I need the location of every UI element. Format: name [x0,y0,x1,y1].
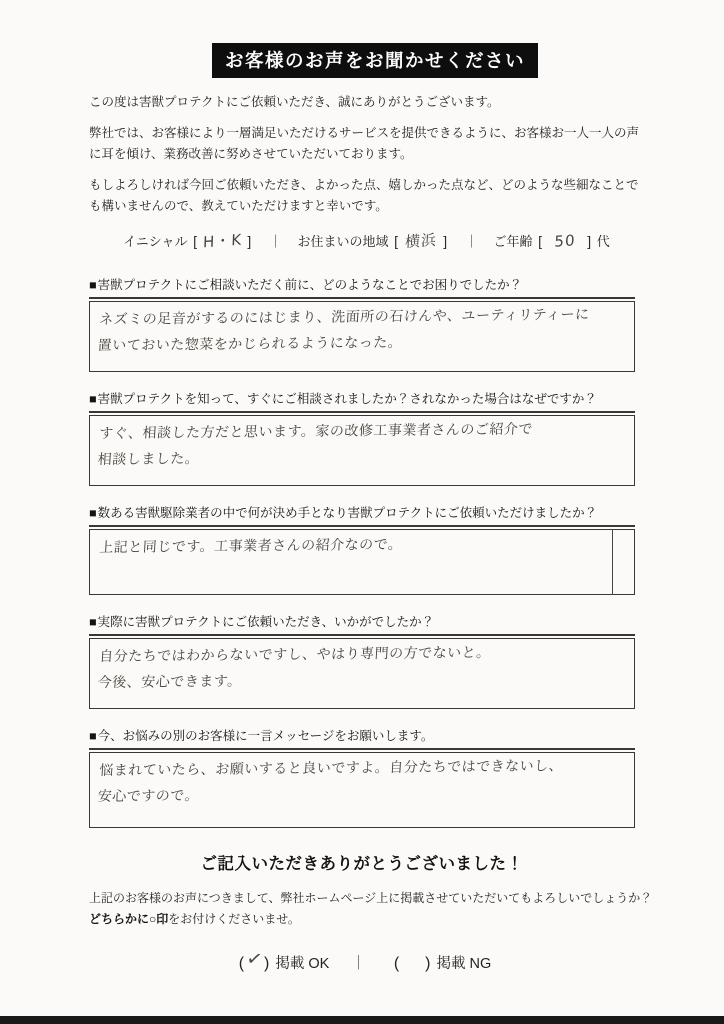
divider: ｜ [453,234,490,249]
publish-ng-option: 掲載 NG [436,956,491,972]
question-text: 実際に害獣プロテクトにご依頼いただき、いかがでしたか？ [98,615,435,629]
answer-box: 自分たちではわからないですし、やはり専門の方でないと。 今後、安心できます。 [89,638,635,709]
publish-ok-option: 掲載 OK [275,956,329,972]
answer-box: 上記と同じです。工事業者さんの紹介なので。 [89,529,635,595]
answer-box: 悩まれていたら、お願いすると良いですよ。自分たちではできないし、 安心ですので。 [89,752,635,828]
instruction-rest: をお付けくださいませ。 [168,912,300,926]
bracket: ] [245,233,253,249]
question-section-2: ■害獣プロテクトを知って、すぐにご相談されましたか？されなかった場合はなぜですか… [89,389,635,486]
question-text: 数ある害獣駆除業者の中で何が決め手となり害獣プロテクトにご依頼いただけましたか？ [98,506,598,520]
scanned-survey-sheet: お客様のお声をお聞かせください この度は害獣プロテクトにご依頼いただき、誠にあり… [0,0,724,1024]
bracket: [ [191,233,199,249]
thanks-heading: ご記入いただきありがとうございました！ [0,850,724,874]
intro-paragraph: もしよろしければ今回ご依頼いただき、よかった点、嬉しかった点など、どのような些細… [89,175,644,218]
paren: ( [388,955,405,972]
page-title: お客様のお声をお聞かせください [212,43,538,78]
handwritten-answer: 上記と同じです。工事業者さんの紹介なので。 [98,530,624,561]
intro-text: この度は害獣プロテクトにご依頼いただき、誠にありがとうございます。 弊社では、お… [89,92,644,218]
age-value-handwritten: 50 [547,230,582,250]
permission-instruction: どちらかに○印をお付けくださいませ。 [89,909,644,931]
paren: ) [419,955,436,972]
question-section-1: ■害獣プロテクトにご相談いただく前に、どのようなことでお困りでしたか？ ネズミの… [89,275,635,372]
answer-box: ネズミの足音がするのにはじまり、洗面所の石けんや、ユーティリティーに 置いておい… [89,301,635,372]
handwritten-answer: 悩まれていたら、お願いすると良いですよ。自分たちではできないし、 安心ですので。 [97,753,624,810]
square-bullet-icon: ■ [89,392,97,406]
instruction-bold: どちらかに○印 [89,912,168,926]
question-label: ■害獣プロテクトを知って、すぐにご相談されましたか？されなかった場合はなぜですか… [89,389,635,413]
question-label: ■実際に害獣プロテクトにご依頼いただき、いかがでしたか？ [89,612,635,636]
age-suffix: 代 [597,234,610,249]
respondent-info-line: イニシャル [ H・K ] ｜ お住まいの地域 [ 横浜 ] ｜ ご年齢 [ 5… [89,230,644,251]
bracket: ] [585,233,593,249]
publish-consent-line: (✓)掲載 OK｜()掲載 NG [0,951,724,973]
question-text: 害獣プロテクトを知って、すぐにご相談されましたか？されなかった場合はなぜですか？ [98,392,597,406]
handwritten-answer: 自分たちではわからないですし、やはり専門の方でないと。 今後、安心できます。 [97,639,624,696]
scan-edge-artifact [0,1016,724,1024]
question-label: ■数ある害獣駆除業者の中で何が決め手となり害獣プロテクトにご依頼いただけましたか… [89,503,635,527]
region-value-handwritten: 横浜 [403,228,438,251]
question-text: 今、お悩みの別のお客様に一言メッセージをお願いします。 [98,729,434,743]
intro-paragraph: この度は害獣プロテクトにご依頼いただき、誠にありがとうございます。 [89,92,644,114]
question-section-3: ■数ある害獣駆除業者の中で何が決め手となり害獣プロテクトにご依頼いただけましたか… [89,503,635,595]
question-sections: ■害獣プロテクトにご相談いただく前に、どのようなことでお困りでしたか？ ネズミの… [89,275,635,828]
answer-box: すぐ、相談した方だと思います。家の改修工事業者さんのご紹介で 相談しました。 [89,415,635,486]
publish-permission-text: 上記のお客様のお声につきまして、弊社ホームページ上に掲載させていただいてもよろし… [89,888,644,931]
permission-question: 上記のお客様のお声につきまして、弊社ホームページ上に掲載させていただいてもよろし… [89,888,644,910]
bracket: ] [441,233,449,249]
age-label: ご年齢 [493,234,532,249]
square-bullet-icon: ■ [89,278,97,292]
divider: ｜ [329,956,388,972]
question-label: ■今、お悩みの別のお客様に一言メッセージをお願いします。 [89,726,635,750]
divider: ｜ [257,234,294,249]
question-section-5: ■今、お悩みの別のお客様に一言メッセージをお願いします。 悩まれていたら、お願い… [89,726,635,828]
question-label: ■害獣プロテクトにご相談いただく前に、どのようなことでお困りでしたか？ [89,275,635,299]
square-bullet-icon: ■ [89,506,97,520]
question-text: 害獣プロテクトにご相談いただく前に、どのようなことでお困りでしたか？ [98,278,523,292]
square-bullet-icon: ■ [89,615,97,629]
square-bullet-icon: ■ [89,729,97,743]
initial-value-handwritten: H・K [202,228,242,252]
initial-label: イニシャル [123,234,187,249]
region-label: お住まいの地域 [298,234,389,249]
bracket: [ [536,233,544,249]
intro-paragraph: 弊社では、お客様により一層満足いただけるサービスを提供できるように、お客様お一人… [89,123,644,166]
handwritten-answer: すぐ、相談した方だと思います。家の改修工事業者さんのご紹介で 相談しました。 [97,416,624,473]
bracket: [ [392,233,400,249]
question-section-4: ■実際に害獣プロテクトにご依頼いただき、いかがでしたか？ 自分たちではわからない… [89,612,635,709]
handwritten-answer: ネズミの足音がするのにはじまり、洗面所の石けんや、ユーティリティーに 置いておい… [97,302,624,359]
box-inner-divider [612,529,614,595]
